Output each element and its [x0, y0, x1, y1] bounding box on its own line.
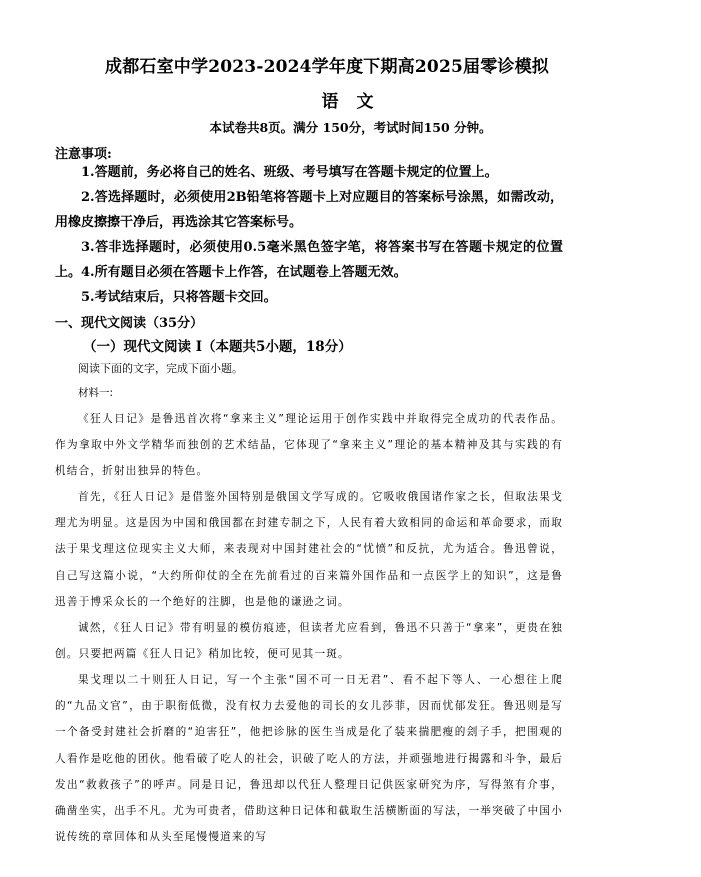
subsection-heading: （一）现代文阅读 I（本题共5小题，18分）	[83, 335, 352, 355]
note-item: 5.考试结束后，只将答题卡交回。	[55, 285, 563, 310]
note-item: 1.答题前，务必将自己的姓名、班级、考号填写在答题卡规定的位置上。	[55, 160, 563, 185]
reading-instruction: 阅读下面的文字，完成下面小题。	[78, 360, 243, 376]
material-label: 材料一:	[78, 385, 113, 400]
body-paragraph: 果戈理以二十则狂人日记，写一个主张“国不可一日无君”、看不起下等人、一心想往上爬…	[55, 667, 563, 850]
body-paragraph: 首先，《狂人日记》是借鉴外国特别是俄国文学写成的。它吸收俄国诸作家之长，但取法果…	[55, 484, 563, 615]
exam-info: 本试卷共8页。满分 150分，考试时间150 分钟。	[0, 118, 701, 136]
note-item: 4.所有题目必须在答题卡上作答，在试题卷上答题无效。	[55, 260, 563, 285]
body-paragraph: 《狂人日记》是鲁迅首次将“拿来主义”理论运用于创作实践中并取得完全成功的代表作品…	[55, 406, 563, 485]
exam-title: 成都石室中学2023-2024学年度下期高2025届零诊模拟	[105, 52, 625, 77]
body-paragraph: 诚然，《狂人日记》带有明显的模仿痕迹，但读者尤应看到，鲁迅不只善于“拿来”，更贵…	[55, 615, 563, 667]
subject-heading: 语 文	[0, 87, 701, 112]
note-item: 2.答选择题时，必须使用2B铅笔将答题卡上对应题目的答案标号涂黑，如需改动，用橡…	[55, 185, 563, 235]
exam-page: 成都石室中学2023-2024学年度下期高2025届零诊模拟 语 文 本试卷共8…	[0, 0, 701, 877]
section-heading: 一、现代文阅读（35分）	[55, 312, 203, 331]
